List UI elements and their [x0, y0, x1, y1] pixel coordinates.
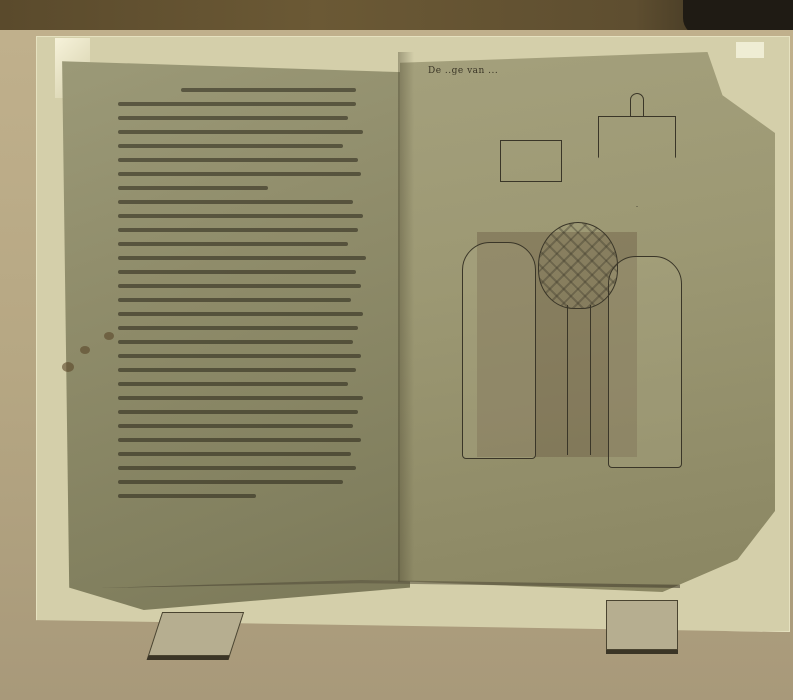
stain [80, 346, 90, 354]
stain [62, 362, 74, 372]
text-line [118, 270, 356, 274]
text-line [118, 452, 351, 456]
book-support-left [148, 612, 244, 656]
text-line [118, 116, 348, 120]
text-line [118, 214, 363, 218]
text-line [118, 424, 353, 428]
blackletter-text-block [118, 88, 368, 528]
tree-crown-hearts [538, 222, 618, 309]
text-line [118, 480, 343, 484]
text-line [118, 158, 358, 162]
text-line [118, 200, 353, 204]
heraldic-shield-left [500, 140, 562, 182]
text-line [118, 494, 256, 498]
text-line [118, 438, 361, 442]
glass-reflection [736, 42, 764, 58]
text-line [118, 368, 356, 372]
text-line [118, 354, 361, 358]
text-line [118, 326, 358, 330]
text-line [118, 396, 363, 400]
manuscript-gutter [398, 52, 414, 582]
text-line [118, 298, 351, 302]
text-line [118, 340, 353, 344]
text-line [118, 228, 358, 232]
book-support-right [606, 600, 678, 650]
text-line [118, 186, 268, 190]
text-line [118, 144, 343, 148]
text-line [118, 242, 348, 246]
text-line [118, 256, 366, 260]
heraldic-crest [630, 93, 644, 116]
illustration-figure-right [608, 256, 682, 468]
text-line [181, 88, 356, 92]
text-line [118, 312, 363, 316]
text-line [118, 466, 356, 470]
text-line [118, 382, 348, 386]
stain [104, 332, 114, 340]
text-line [118, 172, 361, 176]
text-line [118, 130, 363, 134]
text-line [118, 410, 358, 414]
tree-trunk [567, 305, 591, 455]
text-line [118, 284, 361, 288]
text-line [118, 102, 356, 106]
illustration-figure-left [462, 242, 536, 459]
background-wall [0, 0, 793, 32]
running-head: De ..ge van ... [428, 66, 498, 76]
